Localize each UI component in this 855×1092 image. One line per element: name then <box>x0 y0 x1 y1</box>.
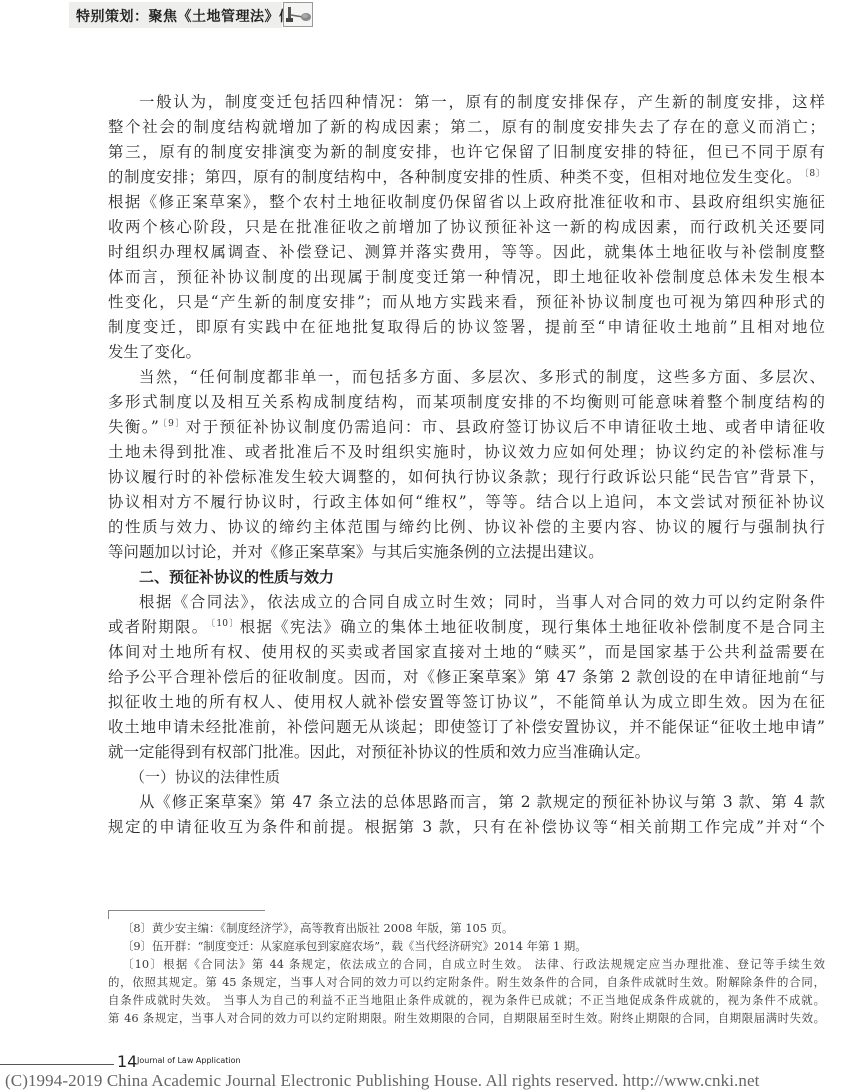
page-number: 14 <box>117 1052 137 1071</box>
paragraph-line: 多形式制度以及相互关系构成制度结构，而某项制度安排的不均衡则可能意味着整个制度结… <box>108 390 825 415</box>
footnote-9: 〔9〕伍开群：“制度变迁：从家庭承包到家庭农场”，载《当代经济研究》2014 年… <box>122 937 825 955</box>
paragraph-line: 根据《修正案草案》，整个农村土地征收制度仍保留省以上政府批准征收和市、县政府组织… <box>108 190 825 215</box>
footnote-ref-8[interactable]: 〔8〕 <box>804 169 825 179</box>
footnote-10-line: 第 46 条规定，当事人对合同的效力可以约定附期限。附生效期限的合同，自期限届至… <box>108 1009 825 1027</box>
footnote-8: 〔8〕黄少安主编：《制度经济学》，高等教育出版社 2008 年版，第 105 页… <box>122 919 825 937</box>
footer-rule <box>0 1064 114 1065</box>
footnote-ref-10[interactable]: 〔10〕 <box>211 619 240 629</box>
paragraph-line: 体间对土地所有权、使用权的买卖或者国家直接对土地的“赎买”，而是国家基于公共利益… <box>108 640 825 665</box>
copyright-notice: (C)1994-2019 China Academic Journal Elec… <box>5 1071 850 1091</box>
paragraph-line: 收两个核心阶段，只是在批准征收之前增加了协议预征补这一新的构成因素，而行政机关还… <box>108 215 825 240</box>
paragraph-line: 性变化，只是“产生新的制度安排”；而从地方实践来看，预征补协议制度也可视为第四种… <box>108 290 825 315</box>
footnote-divider <box>108 910 265 911</box>
paragraph-line: 土地未得到批准、或者批准后不及时组织实施时，协议效力应如何处理；协议约定的补偿标… <box>108 440 825 465</box>
paragraph-line: 一般认为，制度变迁包括四种情况：第一，原有的制度安排保存，产生新的制度安排，这样 <box>108 90 825 115</box>
paragraph-line: 根据《合同法》，依法成立的合同自成立时生效；同时，当事人对合同的效力可以约定附条… <box>108 590 825 615</box>
paragraph-line: 体而言，预征补协议制度的出现属于制度变迁第一种情况，即土地征收补偿制度总体未发生… <box>108 265 825 290</box>
paragraph-line: 拟征收土地的所有权人、使用权人就补偿安置等签订协议”，不能简单认为成立即生效。因… <box>108 690 825 715</box>
paragraph-line: 的制度安排；第四，原有的制度结构中，各种制度安排的性质、种类不变，但相对地位发生… <box>108 165 825 190</box>
paragraph-line: 收土地申请未经批准前，补偿问题无从谈起；即使签订了补偿安置协议，并不能保证“征收… <box>108 715 825 740</box>
paragraph-line: 规定的申请征收互为条件和前提。根据第 3 款，只有在补偿协议等“相关前期工作完成… <box>108 815 825 840</box>
footnote-10-line: 的，依照其规定。第 45 条规定，当事人对合同的效力可以约定附条件。附生效条件的… <box>108 973 825 991</box>
paragraph-line: 时组织办理权属调查、补偿登记、测算并落实费用，等等。因此，就集体土地征收与补偿制… <box>108 240 825 265</box>
paragraph-line: 等问题加以讨论，并对《修正案草案》与其后实施条例的立法提出建议。 <box>108 540 825 565</box>
paragraph-line: 从《修正案草案》第 47 条立法的总体思路而言，第 2 款规定的预征补协议与第 … <box>108 790 825 815</box>
paragraph-line: 的性质与效力、协议的缔约主体范围与缔约比例、协议补偿的主要内容、协议的履行与强制… <box>108 515 825 540</box>
paragraph-line: 协议履行时的补偿标准发生较大调整的，如何执行协议条款；现行行政诉讼只能“民告官”… <box>108 465 825 490</box>
paragraph-line: 协议相对方不履行协议时，行政主体如何“维权”，等等。结合以上追问，本文尝试对预征… <box>108 490 825 515</box>
paragraph-line: 失衡。”〔9〕对于预征补协议制度仍需追问：市、县政府签订协议后不申请征收土地、或… <box>108 415 825 440</box>
paragraph-line: 就一定能得到有权部门批准。因此，对预征补协议的性质和效力应当准确认定。 <box>108 740 825 765</box>
section-heading: 二、预征补协议的性质与效力 <box>108 565 825 590</box>
section-header-title: 特别策划：聚焦《土地管理法》修改 <box>76 6 308 26</box>
article-body: 一般认为，制度变迁包括四种情况：第一，原有的制度安排保存，产生新的制度安排，这样… <box>108 90 825 840</box>
subsection-heading: （一）协议的法律性质 <box>108 765 825 790</box>
footnote-10-line: 自条件成就时失效。 当事人为自己的利益不正当地阻止条件成就的，视为条件已成就；不… <box>108 991 825 1009</box>
journal-name: Journal of Law Application <box>137 1056 241 1065</box>
paragraph-line: 发生了变化。 <box>108 340 825 365</box>
hammer-gavel-icon <box>283 2 313 27</box>
paragraph-line: 整个社会的制度结构就增加了新的构成因素；第二，原有的制度安排失去了存在的意义而消… <box>108 115 825 140</box>
paragraph-line: 第三，原有的制度安排演变为新的制度安排，也许它保留了旧制度安排的特征，但已不同于… <box>108 140 825 165</box>
footnote-divider-tick <box>108 910 109 919</box>
footnote-ref-9[interactable]: 〔9〕 <box>161 419 186 429</box>
paragraph-line: 当然，“任何制度都非单一，而包括多方面、多层次、多形式的制度，这些多方面、多层次… <box>108 365 825 390</box>
paragraph-line: 或者附期限。〔10〕根据《宪法》确立的集体土地征收制度，现行集体土地征收补偿制度… <box>108 615 825 640</box>
footnote-10: 〔10〕根据《合同法》第 44 条规定，依法成立的合同，自成立时生效。 法律、行… <box>122 955 825 973</box>
footnotes: 〔8〕黄少安主编：《制度经济学》，高等教育出版社 2008 年版，第 105 页… <box>122 919 825 1027</box>
paragraph-line: 制度变迁，即原有实践中在征地批复取得后的协议签署，提前至“申请征收土地前”且相对… <box>108 315 825 340</box>
paragraph-line: 给予公平合理补偿后的征收制度。因而，对《修正案草案》第 47 条第 2 款创设的… <box>108 665 825 690</box>
